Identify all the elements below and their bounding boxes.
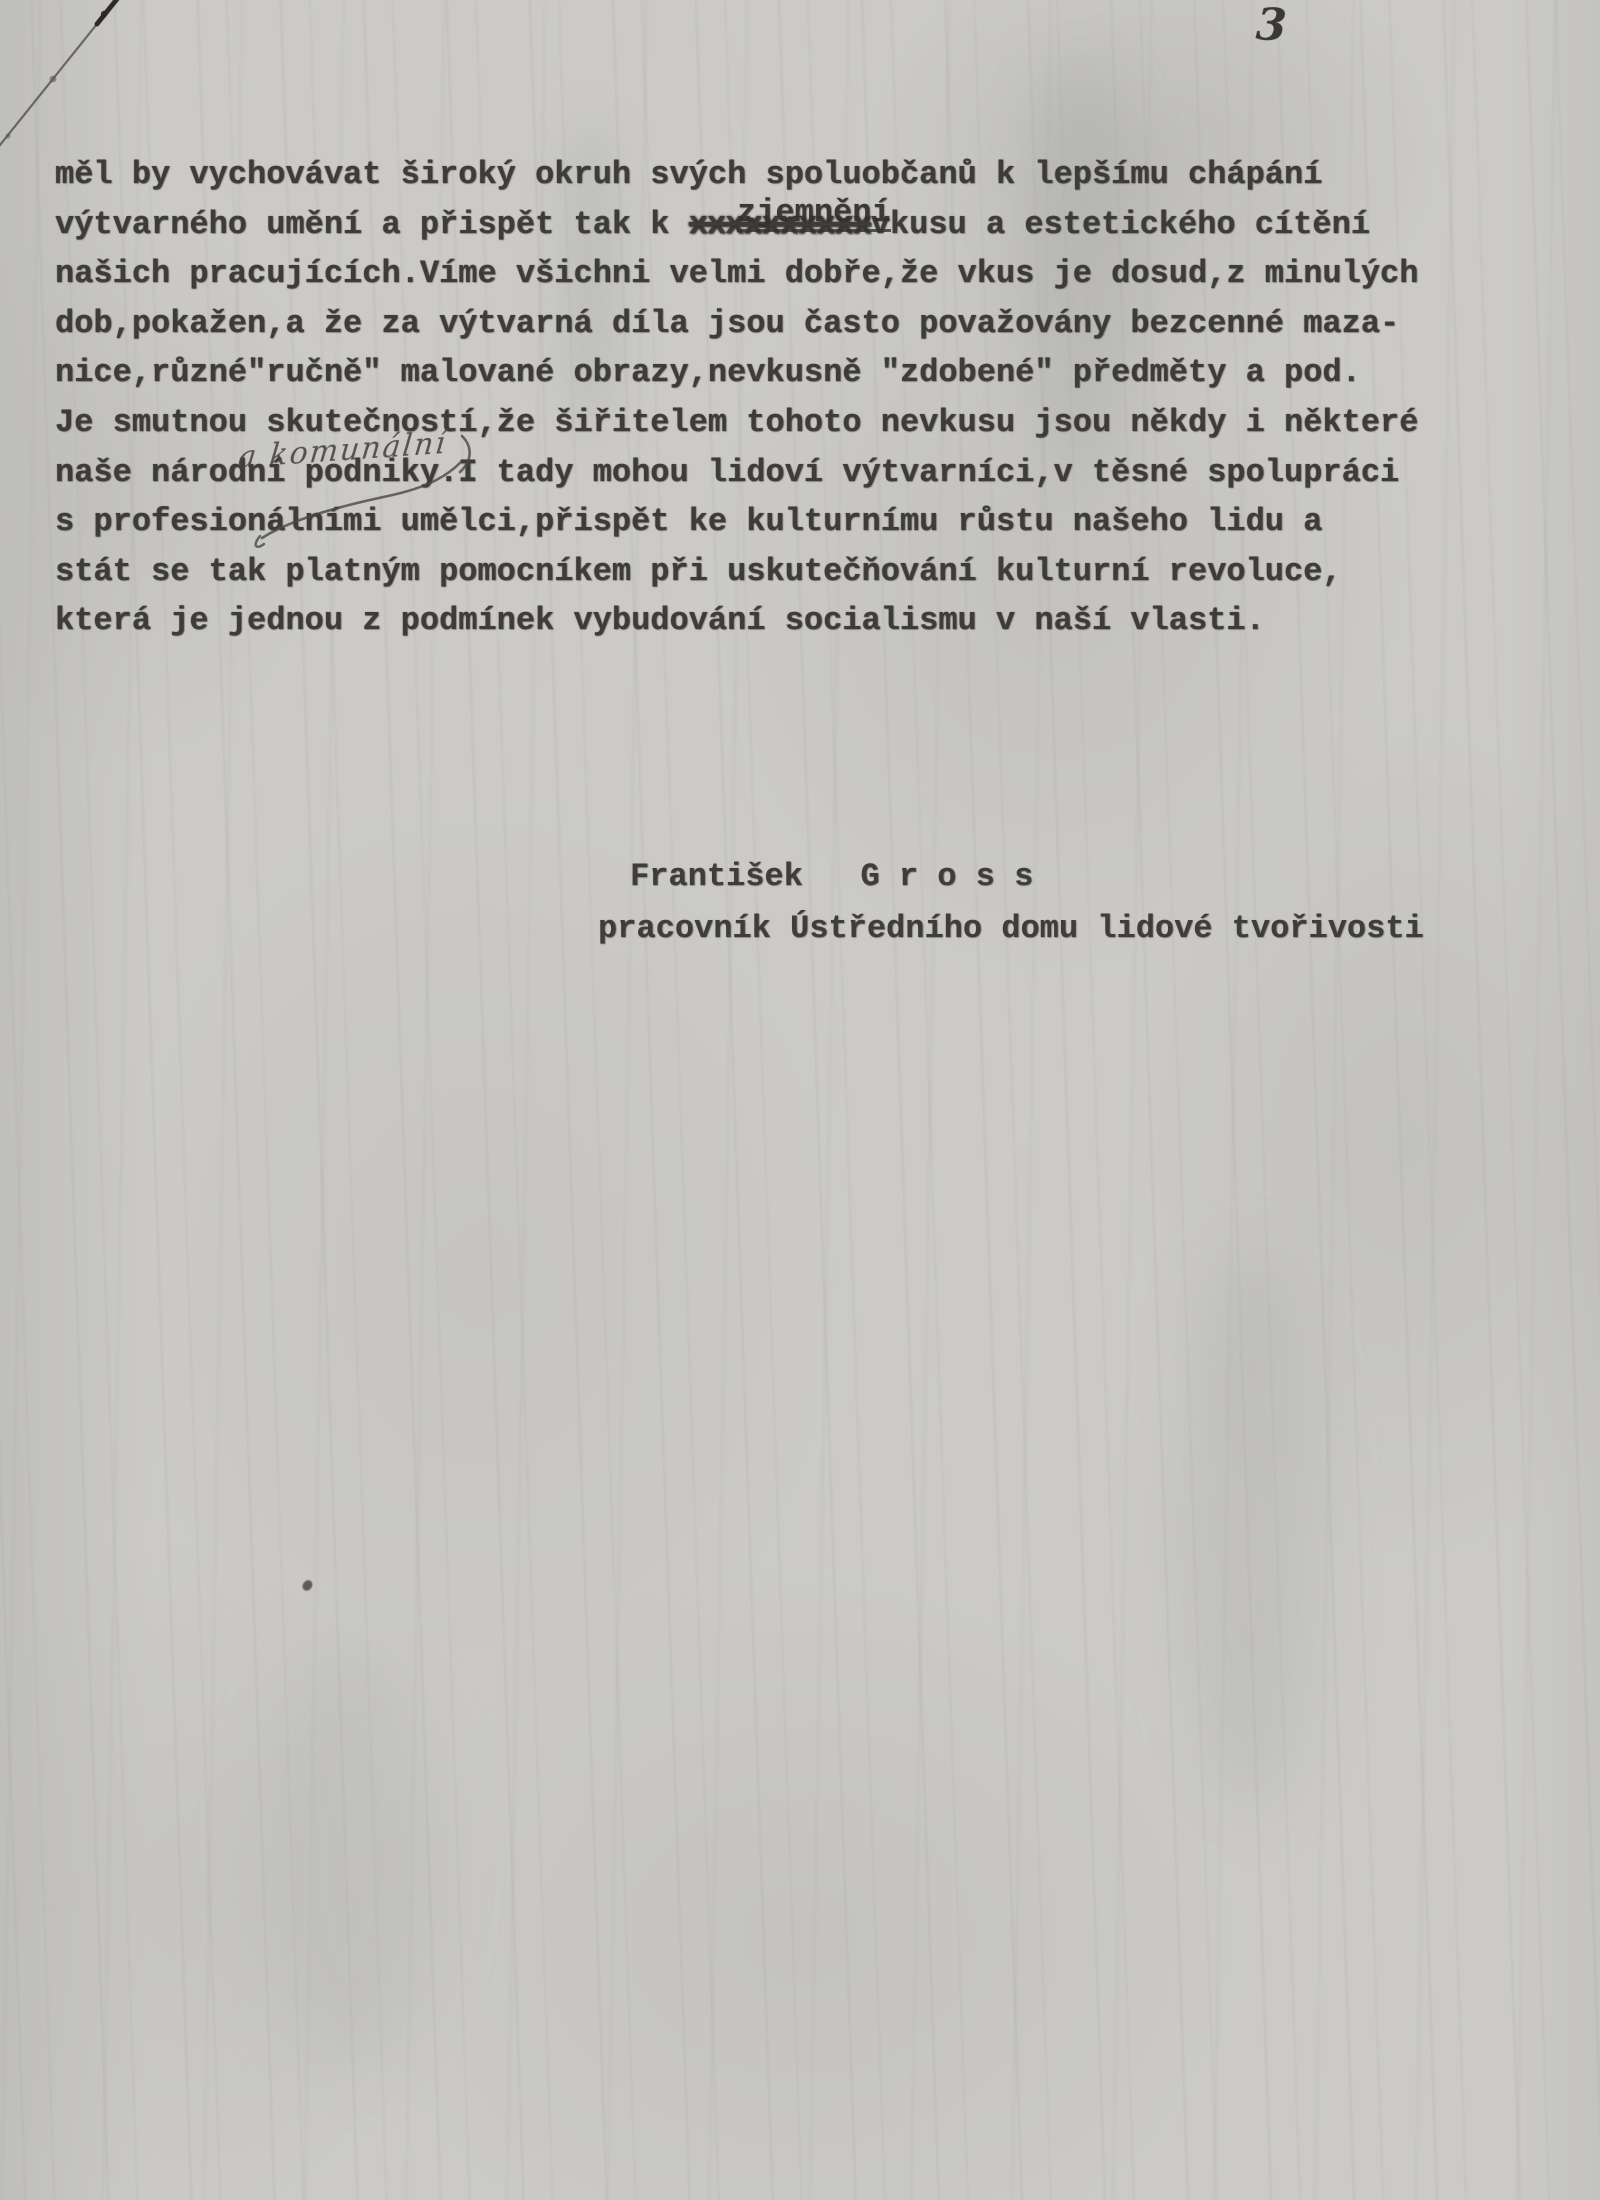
body-line-10: která je jednou z podmínek vybudování so… <box>55 596 1418 646</box>
signature-name: František G r o s s <box>630 858 1033 895</box>
paper-stain <box>260 1650 440 2070</box>
signature-title: pracovník Ústředního domu lidové tvořivo… <box>598 910 1424 947</box>
body-line-4: dob,pokažen,a že za výtvarná díla jsou č… <box>55 299 1418 349</box>
body-line-3: našich pracujících.Víme všichni velmi do… <box>55 249 1418 299</box>
body-line-5: nice,různé"ručně" malované obrazy,nevkus… <box>55 348 1418 398</box>
body-line-1: měl by vychovávat široký okruh svých spo… <box>55 150 1418 200</box>
line2-text-post: vkusu a estetického cítění <box>871 206 1370 243</box>
document-page: 3 měl by vychovávat široký okruh svých s… <box>0 0 1600 2200</box>
typed-correction: zjemnění <box>737 197 891 232</box>
page-number: 3 <box>1255 0 1288 52</box>
paper-crease-mark <box>0 0 170 170</box>
body-line-9: stát se tak platným pomocníkem při uskut… <box>55 547 1418 597</box>
line2-text-pre: výtvarného umění a přispět tak k <box>55 206 689 243</box>
paper-speck <box>301 1578 315 1592</box>
paper-stain <box>1180 1250 1320 1810</box>
body-line-8: s profesionálními umělci,přispět ke kult… <box>55 497 1418 547</box>
